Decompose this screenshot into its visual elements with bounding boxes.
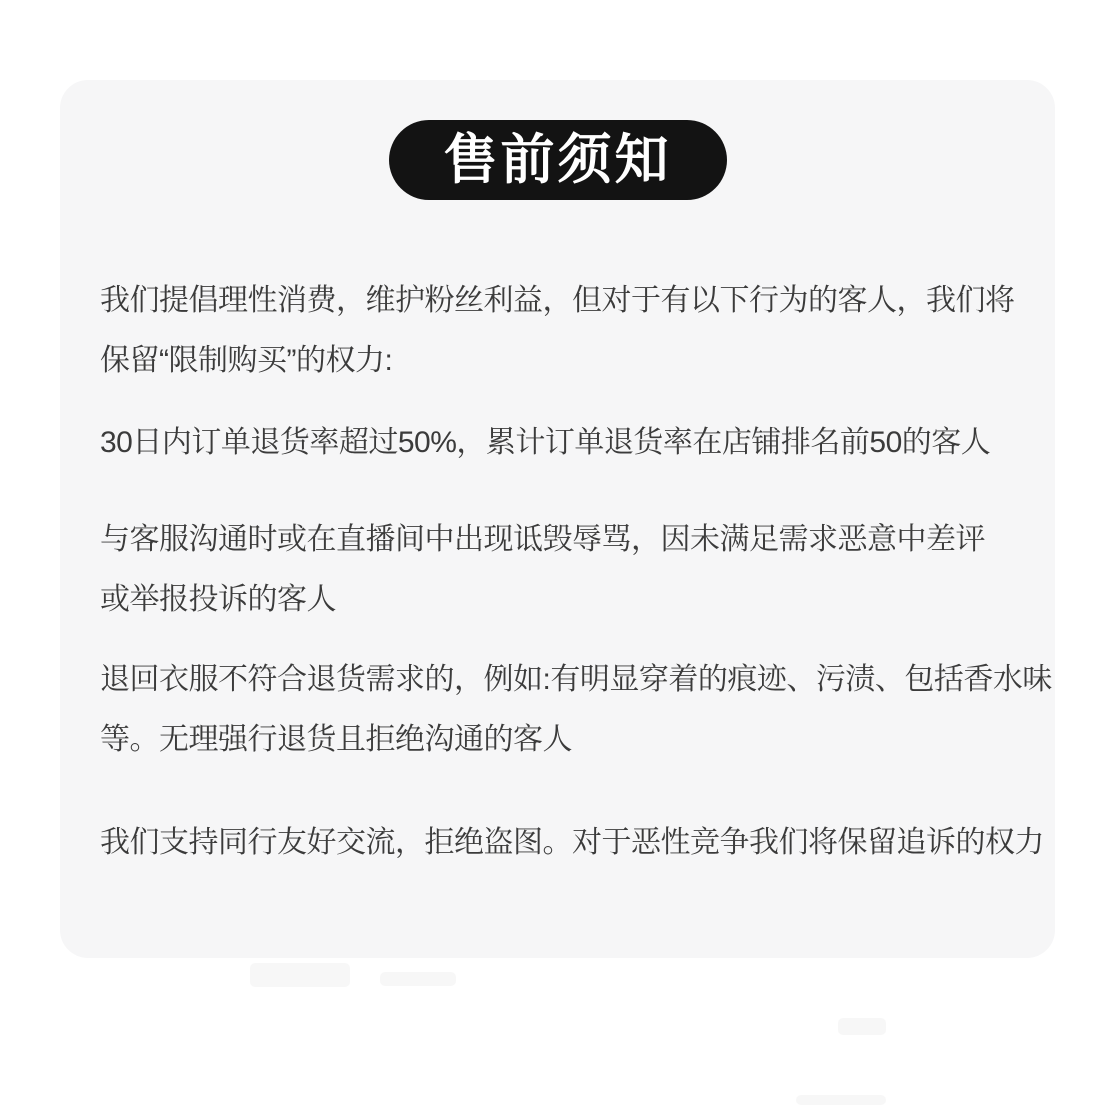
paragraph-line: 与客服沟通时或在直播间中出现诋毁辱骂，因未满足需求恶意中差评 [100,510,1015,570]
paragraph-peer-competition: 我们支持同行友好交流，拒绝盗图。对于恶性竞争我们将保留追诉的权力 [100,813,1015,873]
watermark-smudge [250,963,350,987]
paragraph-line: 或举报投诉的客人 [100,570,1015,630]
paragraph-return-rate-rule: 30日内订单退货率超过50%，累计订单退货率在店铺排名前50的客人 [100,413,1015,473]
paragraph-abuse-and-complaints: 与客服沟通时或在直播间中出现诋毁辱骂，因未满足需求恶意中差评 或举报投诉的客人 [100,510,1015,630]
notice-title-badge: 售前须知 [389,120,727,200]
notice-body: 我们提倡理性消费，维护粉丝利益，但对于有以下行为的客人，我们将 保留“限制购买”… [60,271,1055,873]
paragraph-line: 30日内订单退货率超过50%，累计订单退货率在店铺排名前50的客人 [100,413,1015,473]
paragraph-purchase-limit-policy: 我们提倡理性消费，维护粉丝利益，但对于有以下行为的客人，我们将 保留“限制购买”… [100,271,1015,391]
watermark-smudge [796,1095,886,1105]
paragraph-line: 退回衣服不符合退货需求的，例如:有明显穿着的痕迹、污渍、包括香水味 [100,650,1015,710]
paragraph-return-condition: 退回衣服不符合退货需求的，例如:有明显穿着的痕迹、污渍、包括香水味 等。无理强行… [100,650,1015,770]
watermark-smudge [838,1018,886,1035]
paragraph-line: 保留“限制购买”的权力: [100,331,1015,391]
paragraph-line: 我们支持同行友好交流，拒绝盗图。对于恶性竞争我们将保留追诉的权力 [100,813,1015,873]
paragraph-line: 我们提倡理性消费，维护粉丝利益，但对于有以下行为的客人，我们将 [100,271,1015,331]
page: 售前须知 我们提倡理性消费，维护粉丝利益，但对于有以下行为的客人，我们将 保留“… [0,0,1117,1117]
notice-title: 售前须知 [444,133,672,187]
notice-card: 售前须知 我们提倡理性消费，维护粉丝利益，但对于有以下行为的客人，我们将 保留“… [60,80,1055,958]
paragraph-line: 等。无理强行退货且拒绝沟通的客人 [100,710,1015,770]
watermark-smudge [380,972,456,986]
